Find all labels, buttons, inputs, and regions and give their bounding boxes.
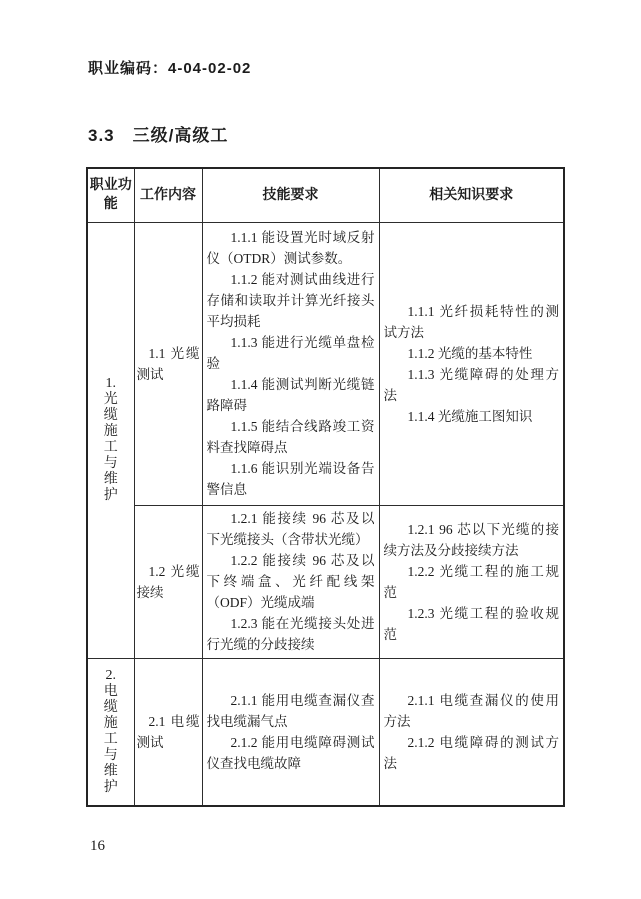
skill-item: 1.2.1 能接续 96 芯及以下光缆接头（含带状光缆）	[207, 508, 375, 550]
task-title: 2.1 电缆测试	[137, 711, 200, 753]
task-1-1-skills-cell: 1.1.1 能设置光时域反射仪（OTDR）测试参数。 1.1.2 能对测试曲线进…	[202, 222, 379, 505]
page-number: 16	[90, 838, 105, 855]
skill-item: 2.1.2 能用电缆障碍测试仪查找电缆故障	[207, 732, 375, 774]
skill-item: 1.2.3 能在光缆接头处进行光缆的分歧接续	[207, 613, 375, 655]
col-header-work-content: 工作内容	[134, 168, 202, 222]
knowledge-item: 1.1.1 光纤损耗特性的测试方法	[384, 301, 560, 343]
skill-item: 2.1.1 能用电缆查漏仪查找电缆漏气点	[207, 690, 375, 732]
col-header-knowledge-requirements: 相关知识要求	[379, 168, 564, 222]
skill-item: 1.1.1 能设置光时域反射仪（OTDR）测试参数。	[207, 227, 375, 269]
skill-item: 1.1.4 能测试判断光缆链路障碍	[207, 374, 375, 416]
function-cell-2: 2. 电缆施工与维护	[87, 658, 134, 806]
occupation-code: 职业编码：4-04-02-02	[88, 57, 251, 78]
function-2-name: 电缆施工与维护	[104, 684, 119, 796]
task-2-1-skills-cell: 2.1.1 能用电缆查漏仪查找电缆漏气点 2.1.2 能用电缆障碍测试仪查找电缆…	[202, 658, 379, 806]
skill-requirements-table: 职业功能 工作内容 技能要求 相关知识要求 1. 光缆施工与维护 1.1 光缆测…	[86, 167, 565, 807]
table-row-task-1-2: 1.2 光缆接续 1.2.1 能接续 96 芯及以下光缆接头（含带状光缆） 1.…	[87, 505, 564, 658]
skill-item: 1.1.5 能结合线路竣工资料查找障碍点	[207, 416, 375, 458]
section-title: 3.3 三级/高级工	[88, 121, 228, 146]
task-title: 1.2 光缆接续	[137, 561, 200, 603]
table-row-task-2-1: 2. 电缆施工与维护 2.1 电缆测试 2.1.1 能用电缆查漏仪查找电缆漏气点…	[87, 658, 564, 806]
knowledge-item: 1.2.1 96 芯以下光缆的接续方法及分歧接续方法	[384, 519, 560, 561]
task-1-1-title-cell: 1.1 光缆测试	[134, 222, 202, 505]
skill-item: 1.1.6 能识别光端设备告警信息	[207, 458, 375, 500]
knowledge-item: 1.1.2 光缆的基本特性	[384, 343, 560, 364]
function-2-number: 2.	[89, 668, 133, 684]
knowledge-item: 2.1.1 电缆查漏仪的使用方法	[384, 690, 560, 732]
table-header-row: 职业功能 工作内容 技能要求 相关知识要求	[87, 168, 564, 222]
skill-item: 1.1.2 能对测试曲线进行存储和读取并计算光纤接头平均损耗	[207, 269, 375, 332]
function-1-name: 光缆施工与维护	[104, 392, 119, 504]
function-cell-1: 1. 光缆施工与维护	[87, 222, 134, 658]
knowledge-item: 1.2.2 光缆工程的施工规范	[384, 561, 560, 603]
table-row-task-1-1: 1. 光缆施工与维护 1.1 光缆测试 1.1.1 能设置光时域反射仪（OTDR…	[87, 222, 564, 505]
skill-item: 1.2.2 能接续 96 芯及以下终端盒、光纤配线架（ODF）光缆成端	[207, 550, 375, 613]
task-title: 1.1 光缆测试	[137, 343, 200, 385]
function-1-number: 1.	[89, 376, 133, 392]
task-1-2-skills-cell: 1.2.1 能接续 96 芯及以下光缆接头（含带状光缆） 1.2.2 能接续 9…	[202, 505, 379, 658]
task-2-1-knowledge-cell: 2.1.1 电缆查漏仪的使用方法 2.1.2 电缆障碍的测试方法	[379, 658, 564, 806]
knowledge-item: 1.2.3 光缆工程的验收规范	[384, 603, 560, 645]
col-header-job-function: 职业功能	[87, 168, 134, 222]
knowledge-item: 2.1.2 电缆障碍的测试方法	[384, 732, 560, 774]
task-1-2-knowledge-cell: 1.2.1 96 芯以下光缆的接续方法及分歧接续方法 1.2.2 光缆工程的施工…	[379, 505, 564, 658]
task-2-1-title-cell: 2.1 电缆测试	[134, 658, 202, 806]
knowledge-item: 1.1.3 光缆障碍的处理方法	[384, 364, 560, 406]
col-header-skill-requirements: 技能要求	[202, 168, 379, 222]
knowledge-item: 1.1.4 光缆施工图知识	[384, 406, 560, 427]
document-page: 职业编码：4-04-02-02 3.3 三级/高级工 职业功能 工作内容 技能要…	[0, 0, 641, 899]
skill-item: 1.1.3 能进行光缆单盘检验	[207, 332, 375, 374]
task-1-2-title-cell: 1.2 光缆接续	[134, 505, 202, 658]
task-1-1-knowledge-cell: 1.1.1 光纤损耗特性的测试方法 1.1.2 光缆的基本特性 1.1.3 光缆…	[379, 222, 564, 505]
